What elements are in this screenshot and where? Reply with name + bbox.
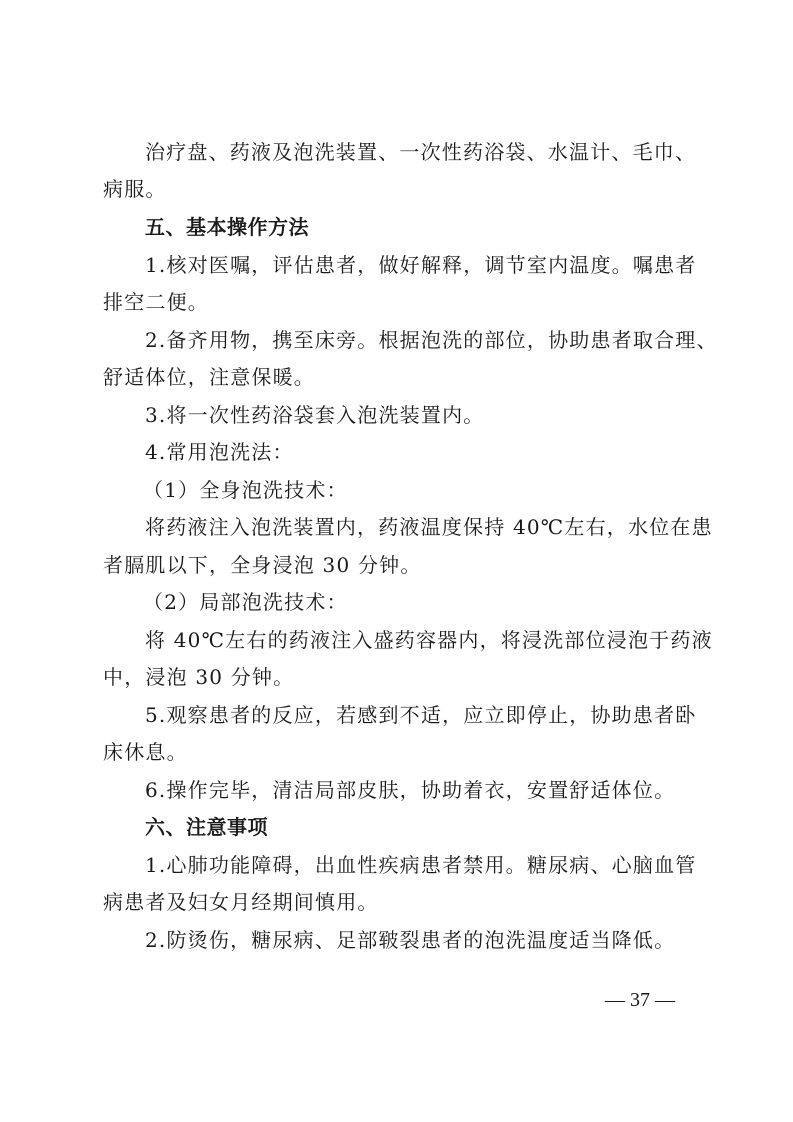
document-page: 治疗盘、药液及泡洗装置、一次性药浴袋、水温计、毛巾、 病服。 五、基本操作方法 … [0,0,793,1122]
step-5-line: 5.观察患者的反应，若感到不适，应立即停止，协助患者卧 [145,700,745,730]
substep-1-line: 将药液注入泡洗装置内，药液温度保持 40℃左右，水位在患 [145,512,745,542]
page-number: — 37 — [590,985,690,1015]
step-2-line: 2.备齐用物，携至床旁。根据泡洗的部位，协助患者取合理、 [145,325,745,355]
substep-2-line-cont: 中，浸泡 30 分钟。 [103,662,703,692]
step-1-line: 1.核对医嘱，评估患者，做好解释，调节室内温度。嘱患者 [145,250,745,280]
substep-1-title: （1）全身泡洗技术： [143,475,743,505]
substep-2-line: 将 40℃左右的药液注入盛药容器内，将浸洗部位浸泡于药液 [145,625,745,655]
text-line-supplies-cont: 病服。 [103,174,703,204]
precaution-1-line: 1.心肺功能障碍，出血性疾病患者禁用。糖尿病、心脑血管 [145,850,745,880]
step-2-line-cont: 舒适体位，注意保暖。 [103,362,703,392]
precaution-2-line: 2.防烫伤，糖尿病、足部皲裂患者的泡洗温度适当降低。 [145,925,745,955]
substep-1-line-cont: 者膈肌以下，全身浸泡 30 分钟。 [103,550,703,580]
step-5-line-cont: 床休息。 [103,737,703,767]
substep-2-title: （2）局部泡洗技术： [143,587,743,617]
step-6-line: 6.操作完毕，清洁局部皮肤，协助着衣，安置舒适体位。 [145,775,745,805]
text-line-supplies: 治疗盘、药液及泡洗装置、一次性药浴袋、水温计、毛巾、 [145,137,745,167]
step-1-line-cont: 排空二便。 [103,287,703,317]
section-heading-precautions: 六、注意事项 [145,812,745,842]
precaution-1-line-cont: 病患者及妇女月经期间慎用。 [103,887,703,917]
step-4-line: 4.常用泡洗法： [145,437,745,467]
section-heading-basic-operation: 五、基本操作方法 [145,212,745,242]
step-3-line: 3.将一次性药浴袋套入泡洗装置内。 [145,400,745,430]
